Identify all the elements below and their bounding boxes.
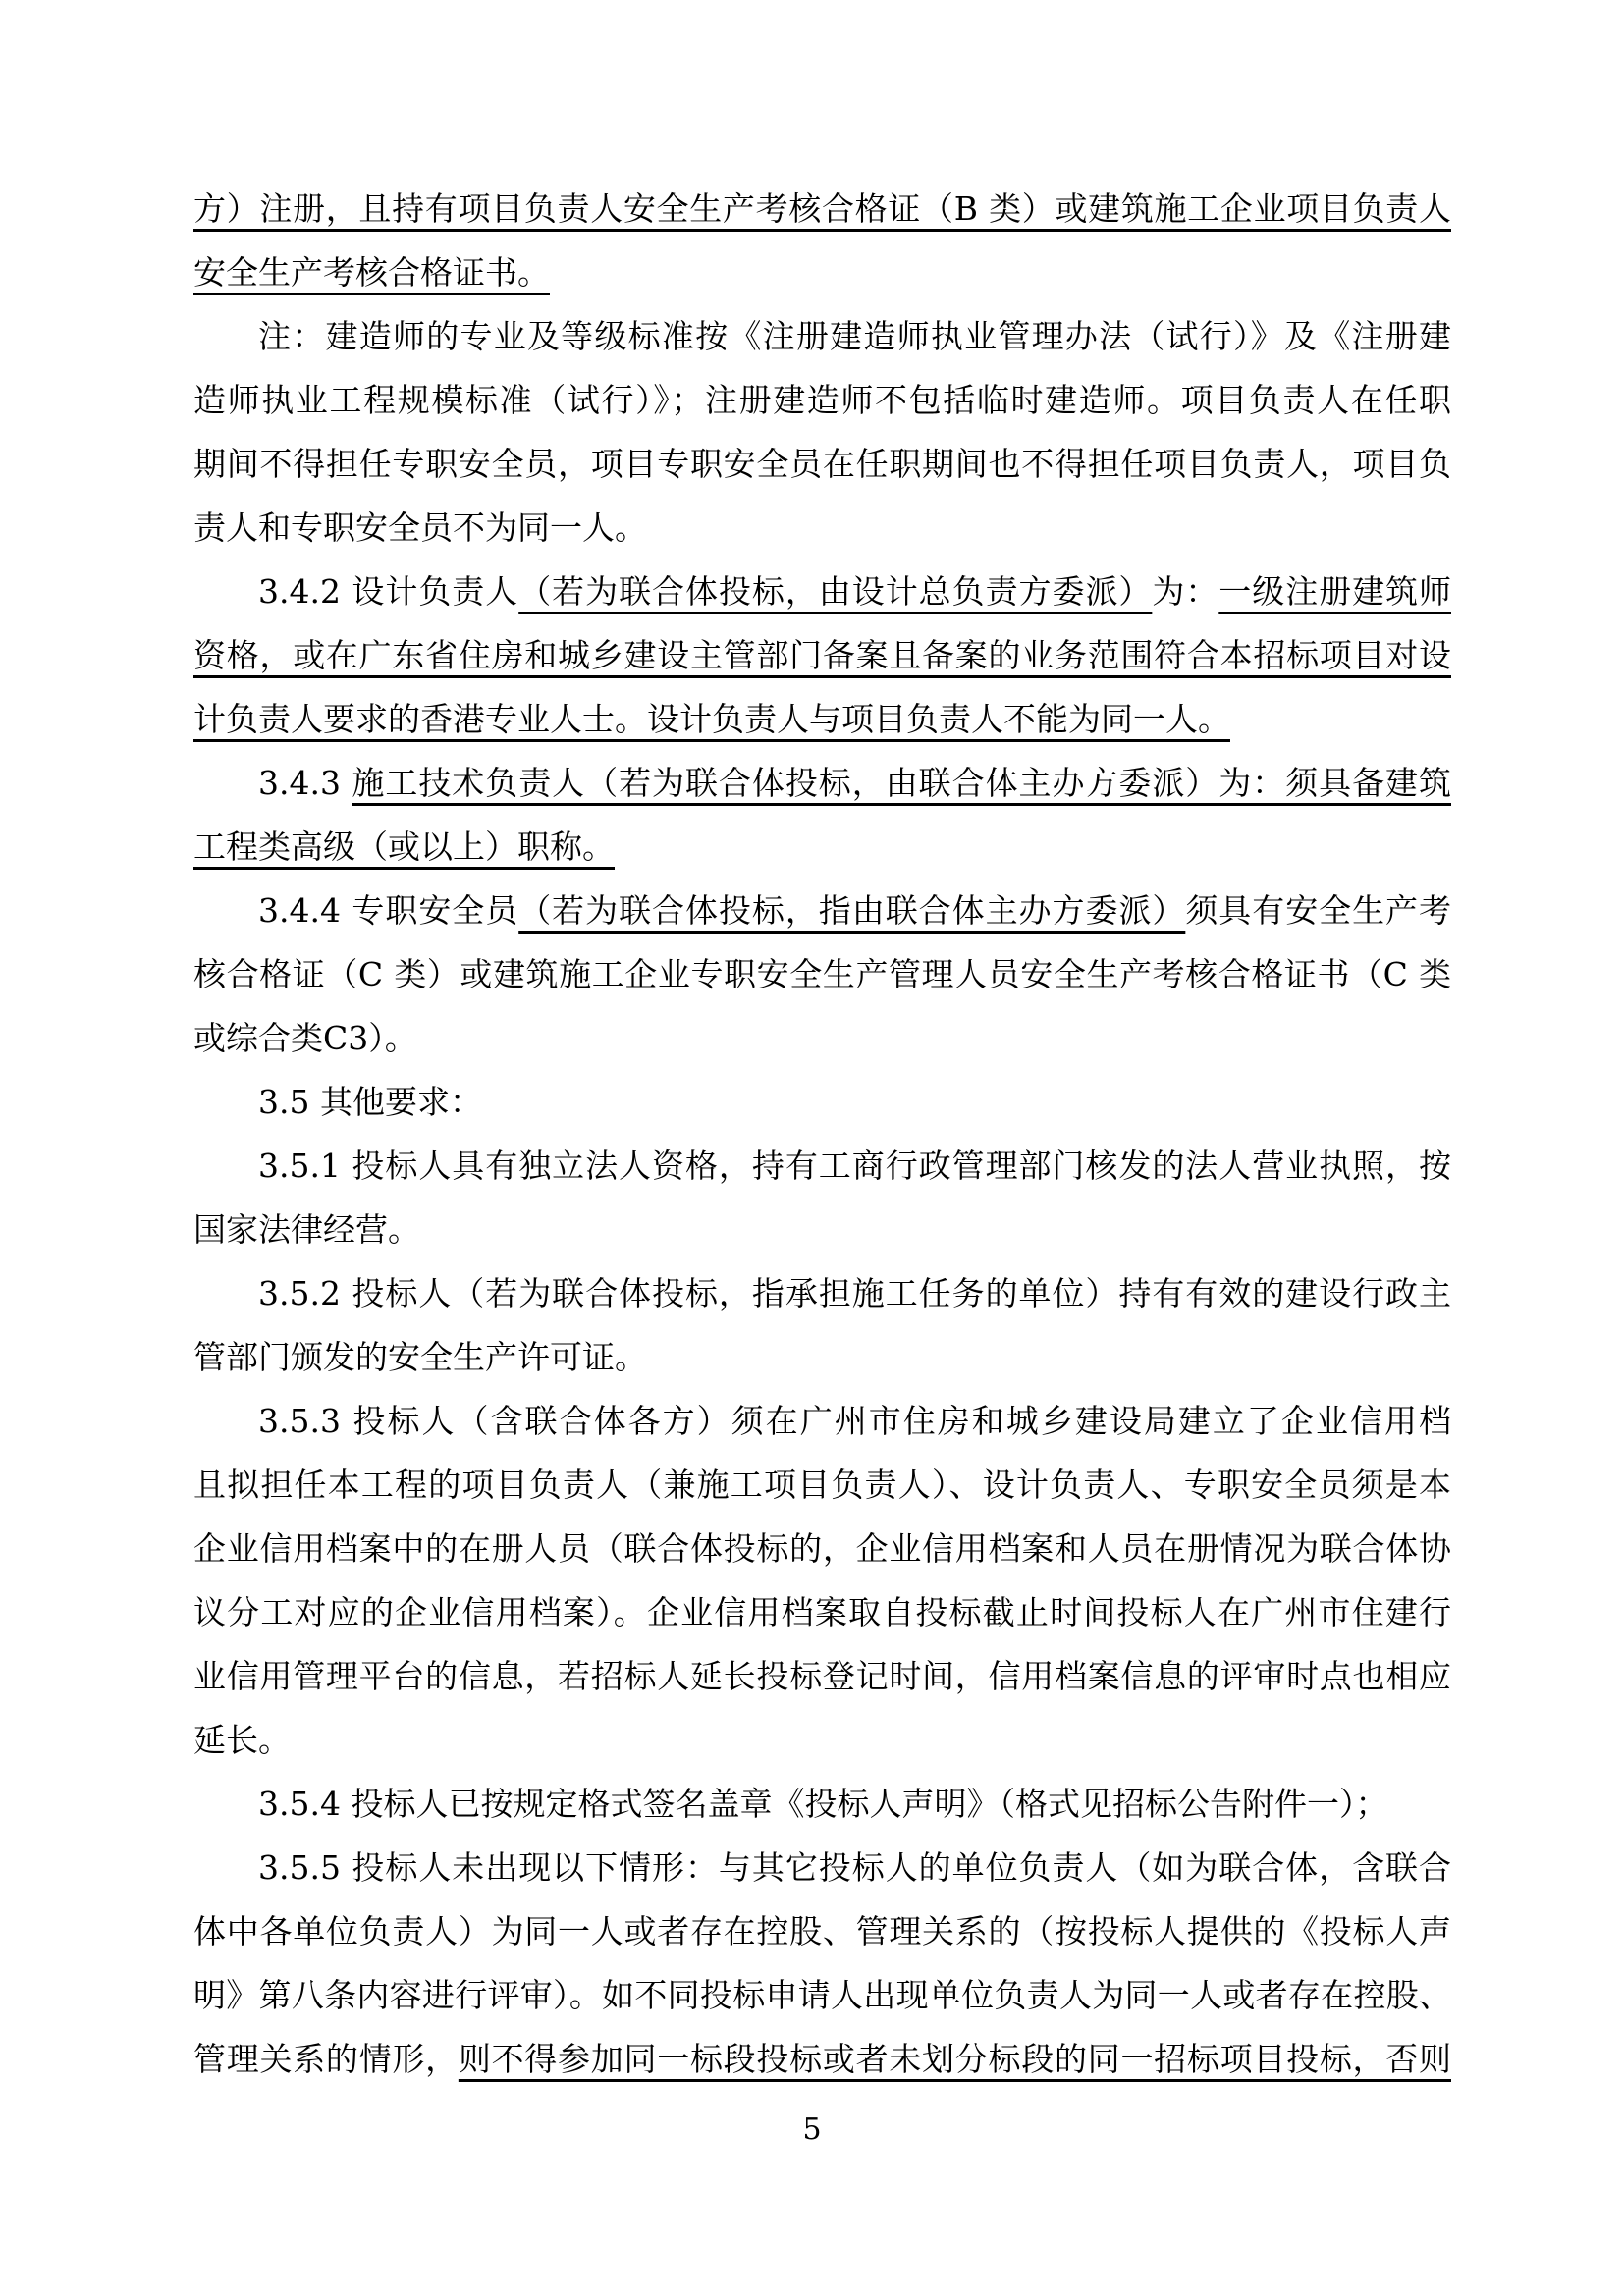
underlined-text: 计负责人要求的香港专业人士。设计负责人与项目负责人不能为同一人。	[193, 700, 1230, 738]
page-number: 5	[0, 2110, 1624, 2150]
text-segment: 责人和专职安全员不为同一人。	[193, 508, 647, 547]
text-line: 3.5.5 投标人未出现以下情形：与其它投标人的单位负责人（如为联合体，含联合	[193, 1836, 1451, 1899]
text-line: 业信用管理平台的信息，若招标人延长投标登记时间，信用档案信息的评审时点也相应	[193, 1644, 1451, 1708]
text-segment: 业信用管理平台的信息，若招标人延长投标登记时间，信用档案信息的评审时点也相应	[193, 1657, 1451, 1695]
paragraph-continuation-3-4-1: 方）注册，且持有项目负责人安全生产考核合格证（B 类）或建筑施工企业项目负责人安…	[193, 177, 1451, 304]
paragraph-3-5-1: 3.5.1 投标人具有独立法人资格，持有工商行政管理部门核发的法人营业执照，按国…	[193, 1134, 1451, 1261]
text-line: 3.4.2 设计负责人（若为联合体投标，由设计总负责方委派）为：一级注册建筑师	[193, 560, 1451, 623]
text-line: 3.5.1 投标人具有独立法人资格，持有工商行政管理部门核发的法人营业执照，按	[193, 1134, 1451, 1198]
text-segment: 3.4.4 专职安全员	[258, 891, 518, 930]
text-line: 3.5.2 投标人（若为联合体投标，指承担施工任务的单位）持有有效的建设行政主	[193, 1261, 1451, 1325]
text-segment: 明》第八条内容进行评审）。如不同投标申请人出现单位负责人为同一人或者存在控股、	[193, 1976, 1451, 2014]
text-segment: 3.5.2 投标人（若为联合体投标，指承担施工任务的单位）持有有效的建设行政主	[258, 1274, 1451, 1312]
underlined-text: 工程类高级（或以上）职称。	[193, 828, 615, 866]
paragraph-3-5: 3.5 其他要求：	[193, 1070, 1451, 1134]
text-segment: 管部门颁发的安全生产许可证。	[193, 1338, 647, 1376]
paragraph-3-4-4: 3.4.4 专职安全员（若为联合体投标，指由联合体主办方委派）须具有安全生产考核…	[193, 879, 1451, 1070]
text-line: 计负责人要求的香港专业人士。设计负责人与项目负责人不能为同一人。	[193, 687, 1451, 751]
text-line: 3.4.3 施工技术负责人（若为联合体投标，由联合体主办方委派）为：须具备建筑	[193, 751, 1451, 815]
text-segment: 造师执业工程规模标准（试行）》；注册建造师不包括临时建造师。项目负责人在任职	[193, 381, 1451, 419]
text-segment: 管理关系的情形，	[193, 2040, 459, 2078]
text-line: 议分工对应的企业信用档案）。企业信用档案取自投标截止时间投标人在广州市住建行	[193, 1580, 1451, 1644]
text-line: 方）注册，且持有项目负责人安全生产考核合格证（B 类）或建筑施工企业项目负责人	[193, 177, 1451, 240]
text-line: 注：建造师的专业及等级标准按《注册建造师执业管理办法（试行）》及《注册建	[193, 304, 1451, 368]
text-segment: 3.5.1 投标人具有独立法人资格，持有工商行政管理部门核发的法人营业执照，按	[258, 1147, 1451, 1185]
text-line: 期间不得担任专职安全员，项目专职安全员在任职期间也不得担任项目负责人，项目负	[193, 432, 1451, 496]
text-line: 或综合类C3）。	[193, 1006, 1451, 1070]
text-segment: 国家法律经营。	[193, 1210, 420, 1249]
text-line: 延长。	[193, 1708, 1451, 1772]
paragraph-3-5-5: 3.5.5 投标人未出现以下情形：与其它投标人的单位负责人（如为联合体，含联合体…	[193, 1836, 1451, 2091]
underlined-text: （若为联合体投标，由设计总负责方委派）	[518, 572, 1152, 611]
text-line: 且拟担任本工程的项目负责人（兼施工项目负责人）、设计负责人、专职安全员须是本	[193, 1453, 1451, 1517]
text-segment: 注：建造师的专业及等级标准按《注册建造师执业管理办法（试行）》及《注册建	[258, 317, 1451, 355]
underlined-text: 方）注册，且持有项目负责人安全生产考核合格证（B 类）或建筑施工企业项目负责人	[193, 189, 1451, 228]
text-segment: 企业信用档案中的在册人员（联合体投标的，企业信用档案和人员在册情况为联合体协	[193, 1529, 1451, 1568]
text-line: 责人和专职安全员不为同一人。	[193, 496, 1451, 560]
text-line: 造师执业工程规模标准（试行）》；注册建造师不包括临时建造师。项目负责人在任职	[193, 368, 1451, 432]
text-line: 3.4.4 专职安全员（若为联合体投标，指由联合体主办方委派）须具有安全生产考	[193, 879, 1451, 942]
text-segment: 3.5.5 投标人未出现以下情形：与其它投标人的单位负责人（如为联合体，含联合	[258, 1848, 1451, 1887]
underlined-text: 一级注册建筑师	[1218, 572, 1451, 611]
text-segment: 核合格证（C 类）或建筑施工企业专职安全生产管理人员安全生产考核合格证书（C 类	[193, 955, 1451, 993]
text-line: 3.5.4 投标人已按规定格式签名盖章《投标人声明》（格式见招标公告附件一）；	[193, 1772, 1451, 1836]
paragraph-3-4-2: 3.4.2 设计负责人（若为联合体投标，由设计总负责方委派）为：一级注册建筑师资…	[193, 560, 1451, 751]
paragraph-3-4-3: 3.4.3 施工技术负责人（若为联合体投标，由联合体主办方委派）为：须具备建筑工…	[193, 751, 1451, 879]
document-body: 方）注册，且持有项目负责人安全生产考核合格证（B 类）或建筑施工企业项目负责人安…	[193, 177, 1451, 2091]
text-line: 资格，或在广东省住房和城乡建设主管部门备案且备案的业务范围符合本招标项目对设	[193, 623, 1451, 687]
text-segment: 3.5.3 投标人（含联合体各方）须在广州市住房和城乡建设局建立了企业信用档案，	[193, 1402, 1451, 1453]
text-segment: 3.4.3	[258, 764, 352, 802]
text-line: 管理关系的情形，则不得参加同一标段投标或者未划分标段的同一招标项目投标，否则	[193, 2027, 1451, 2091]
text-line: 安全生产考核合格证书。	[193, 240, 1451, 304]
underlined-text: 则不得参加同一标段投标或者未划分标段的同一招标项目投标，否则	[459, 2040, 1451, 2078]
underlined-text: 资格，或在广东省住房和城乡建设主管部门备案且备案的业务范围符合本招标项目对设	[193, 636, 1451, 674]
text-segment: 为：	[1152, 572, 1218, 611]
paragraph-note: 注：建造师的专业及等级标准按《注册建造师执业管理办法（试行）》及《注册建造师执业…	[193, 304, 1451, 560]
text-segment: 或综合类C3）。	[193, 1019, 417, 1057]
paragraph-3-5-2: 3.5.2 投标人（若为联合体投标，指承担施工任务的单位）持有有效的建设行政主管…	[193, 1261, 1451, 1389]
paragraph-3-5-3: 3.5.3 投标人（含联合体各方）须在广州市住房和城乡建设局建立了企业信用档案，…	[193, 1389, 1451, 1772]
document-page: 方）注册，且持有项目负责人安全生产考核合格证（B 类）或建筑施工企业项目负责人安…	[0, 0, 1624, 2296]
underlined-text: （若为联合体投标，指由联合体主办方委派）	[518, 891, 1185, 930]
text-segment: 3.5.4 投标人已按规定格式签名盖章《投标人声明》（格式见招标公告附件一）；	[258, 1785, 1387, 1823]
text-line: 核合格证（C 类）或建筑施工企业专职安全生产管理人员安全生产考核合格证书（C 类	[193, 942, 1451, 1006]
text-line: 国家法律经营。	[193, 1198, 1451, 1261]
text-line: 工程类高级（或以上）职称。	[193, 815, 1451, 879]
text-line: 企业信用档案中的在册人员（联合体投标的，企业信用档案和人员在册情况为联合体协	[193, 1517, 1451, 1580]
text-line: 体中各单位负责人）为同一人或者存在控股、管理关系的（按投标人提供的《投标人声	[193, 1899, 1451, 1963]
text-line: 3.5.3 投标人（含联合体各方）须在广州市住房和城乡建设局建立了企业信用档案，	[193, 1389, 1451, 1453]
paragraph-3-5-4: 3.5.4 投标人已按规定格式签名盖章《投标人声明》（格式见招标公告附件一）；	[193, 1772, 1451, 1836]
text-line: 3.5 其他要求：	[193, 1070, 1451, 1134]
text-line: 管部门颁发的安全生产许可证。	[193, 1325, 1451, 1389]
text-segment: 延长。	[193, 1721, 291, 1759]
text-segment: 体中各单位负责人）为同一人或者存在控股、管理关系的（按投标人提供的《投标人声	[193, 1912, 1451, 1950]
text-segment: 须具有安全生产考	[1185, 891, 1451, 930]
text-segment: 期间不得担任专职安全员，项目专职安全员在任职期间也不得担任项目负责人，项目负	[193, 445, 1451, 483]
text-segment: 3.4.2 设计负责人	[258, 572, 518, 611]
text-segment: 且拟担任本工程的项目负责人（兼施工项目负责人）、设计负责人、专职安全员须是本	[193, 1466, 1451, 1504]
text-segment: 3.5 其他要求：	[258, 1083, 482, 1121]
text-line: 明》第八条内容进行评审）。如不同投标申请人出现单位负责人为同一人或者存在控股、	[193, 1963, 1451, 2027]
text-segment: 议分工对应的企业信用档案）。企业信用档案取自投标截止时间投标人在广州市住建行	[193, 1593, 1451, 1631]
underlined-text: 施工技术负责人（若为联合体投标，由联合体主办方委派）为：须具备建筑	[352, 764, 1451, 802]
underlined-text: 安全生产考核合格证书。	[193, 253, 550, 292]
